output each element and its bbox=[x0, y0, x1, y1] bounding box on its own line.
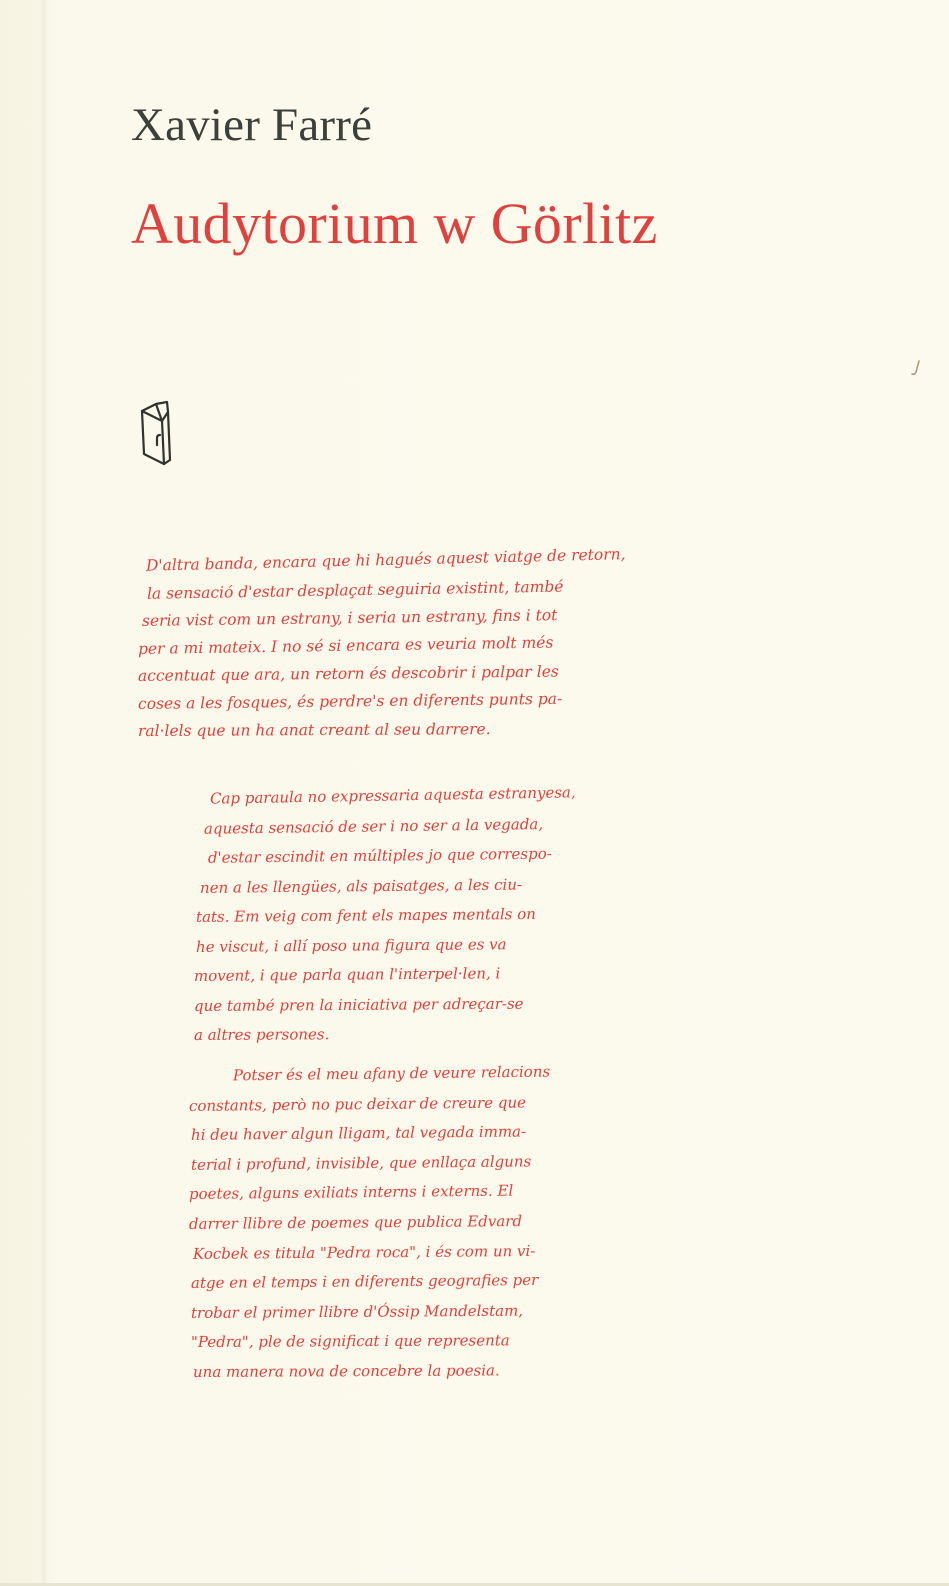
text-line: darrer llibre de poemes que publica Edva… bbox=[185, 1207, 550, 1240]
text-line: constants, però no puc deixar de creure … bbox=[185, 1088, 550, 1121]
text-line: nen a les llengües, als paisatges, a les… bbox=[190, 869, 576, 903]
text-line: coses a les fosques, és perdre's en dife… bbox=[138, 685, 626, 718]
text-line: ral·lels que un ha anat creant al seu da… bbox=[138, 715, 626, 745]
text-line: a altres persones. bbox=[190, 1019, 576, 1051]
tick-mark-icon bbox=[908, 358, 924, 378]
text-line: "Pedra", ple de significat i que represe… bbox=[185, 1326, 550, 1358]
text-line: aquesta sensació de ser i no ser a la ve… bbox=[190, 809, 576, 844]
text-line: Kocbek es titula "Pedra roca", i és com … bbox=[185, 1236, 550, 1269]
text-line: terial i profund, invisible, que enllaça… bbox=[185, 1147, 550, 1180]
door-book-sketch-icon bbox=[132, 398, 180, 470]
text-line: trobar el primer llibre d'Óssip Mandelst… bbox=[185, 1296, 550, 1328]
text-line: Potser és el meu afany de veure relacion… bbox=[185, 1058, 551, 1092]
book-cover: Xavier Farré Audytorium w Görlitz D'altr… bbox=[0, 0, 949, 1586]
text-line: hi deu haver algun lligam, tal vegada im… bbox=[185, 1117, 550, 1150]
text-line: poetes, alguns exiliats interns i extern… bbox=[185, 1177, 550, 1210]
text-line: movent, i que parla quan l'interpel·len,… bbox=[190, 959, 576, 992]
text-line: he viscut, i allí poso una figura que es… bbox=[190, 929, 576, 962]
author-name: Xavier Farré bbox=[131, 102, 372, 149]
text-line: que també pren la iniciativa per adreçar… bbox=[190, 989, 576, 1021]
text-line: atge en el temps i en diferents geografi… bbox=[185, 1266, 550, 1299]
text-line: Cap paraula no expressaria aquesta estra… bbox=[190, 778, 576, 814]
text-line: d'estar escindit en múltiples jo que cor… bbox=[190, 839, 576, 873]
handwritten-paragraph-2: Cap paraula no expressaria aquesta estra… bbox=[190, 785, 576, 1051]
handwritten-paragraph-1: D'altra banda, encara que hi hagués aque… bbox=[138, 553, 626, 746]
book-title: Audytorium w Görlitz bbox=[131, 195, 658, 253]
text-line: tats. Em veig com fent els mapes mentals… bbox=[190, 900, 576, 933]
text-line: una manera nova de concebre la poesia. bbox=[185, 1356, 550, 1388]
handwritten-paragraph-3: Potser és el meu afany de veure relacion… bbox=[185, 1062, 550, 1388]
